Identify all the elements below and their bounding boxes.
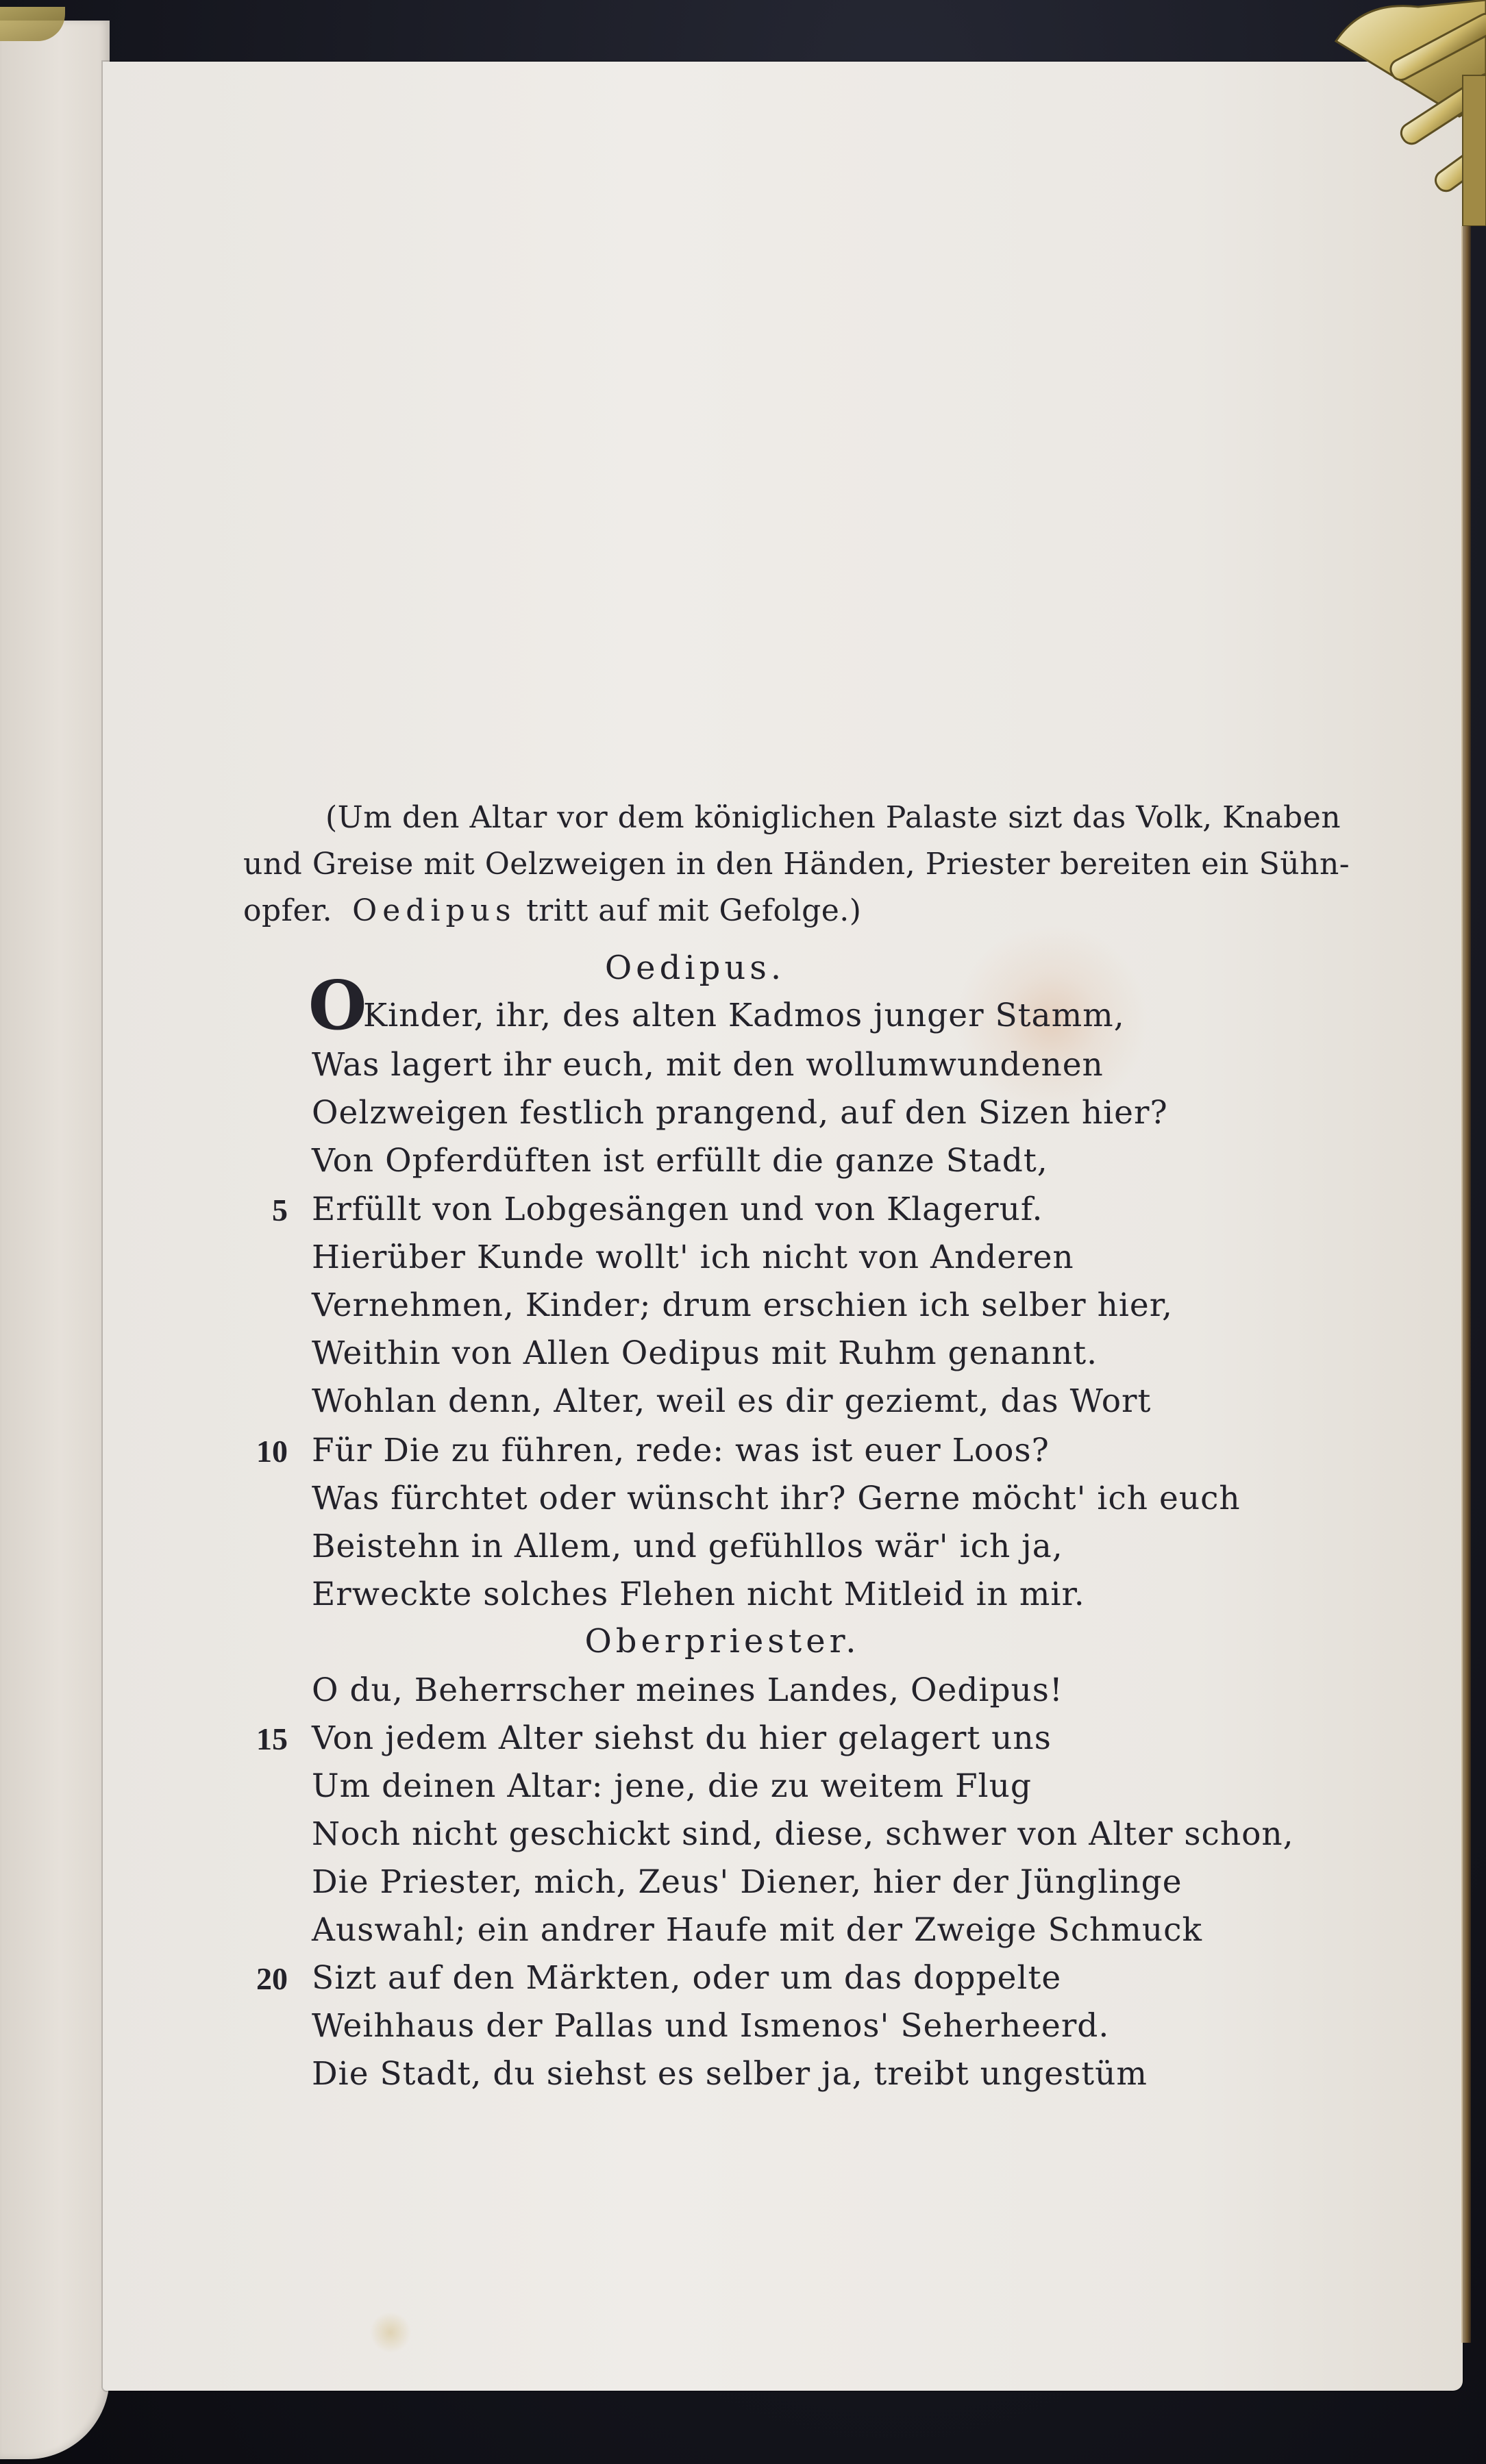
verse-text: Kinder, ihr, des alten Kadmos junger Sta… bbox=[363, 997, 1125, 1034]
verse-line: Weihhaus der Pallas und Ismenos' Seherhe… bbox=[312, 2007, 1109, 2045]
verse-line: Die Stadt, du siehst es selber ja, treib… bbox=[312, 2055, 1148, 2093]
stage-line-1: (Um den Altar vor dem königlichen Palast… bbox=[243, 795, 1312, 841]
verse-line: Auswahl; ein andrer Haufe mit der Zweige… bbox=[312, 1911, 1202, 1949]
stage-line-3: opfer. Oedipus tritt auf mit Gefolge.) bbox=[243, 888, 1312, 934]
verse-line: Noch nicht geschickt sind, diese, schwer… bbox=[312, 1815, 1294, 1853]
verse-line: Weithin von Allen Oedipus mit Ruhm genan… bbox=[312, 1334, 1098, 1372]
verse-line: O Kinder, ihr, des alten Kadmos junger S… bbox=[312, 997, 1125, 1034]
verse-line: Oelzweigen festlich prangend, auf den Si… bbox=[312, 1094, 1168, 1132]
verse-line: Die Priester, mich, Zeus' Diener, hier d… bbox=[312, 1863, 1182, 1901]
speaker-oedipus: Oedipus. bbox=[0, 949, 1438, 987]
verse-line: Wohlan denn, Alter, weil es dir geziemt,… bbox=[312, 1382, 1151, 1420]
photo-scene: (Um den Altar vor dem königlichen Palast… bbox=[0, 0, 1486, 2464]
line-number: 15 bbox=[226, 1721, 288, 1757]
page-text: (Um den Altar vor dem königlichen Palast… bbox=[0, 0, 1486, 2464]
verse-line: O du, Beherrscher meines Landes, Oedipus… bbox=[312, 1671, 1063, 1709]
verse-line: Was lagert ihr euch, mit den wollumwunde… bbox=[312, 1046, 1104, 1084]
verse-line: Vernehmen, Kinder; drum erschien ich sel… bbox=[312, 1286, 1173, 1324]
verse-line: Um deinen Altar: jene, die zu weitem Flu… bbox=[312, 1767, 1032, 1805]
drop-cap: O bbox=[308, 973, 367, 1040]
verse-line: Beistehn in Allem, und gefühllos wär' ic… bbox=[312, 1528, 1063, 1565]
verse-line: Was fürchtet oder wünscht ihr? Gerne möc… bbox=[312, 1480, 1241, 1517]
stage-line-2: und Greise mit Oelzweigen in den Händen,… bbox=[243, 841, 1312, 888]
verse-line: Von jedem Alter siehst du hier gelagert … bbox=[312, 1719, 1052, 1757]
verse-line: Für Die zu führen, rede: was ist euer Lo… bbox=[312, 1432, 1050, 1469]
verse-line: Erfüllt von Lobgesängen und von Klageruf… bbox=[312, 1191, 1043, 1228]
verse-line: Von Opferdüften ist erfüllt die ganze St… bbox=[312, 1142, 1048, 1180]
speaker-oberpriester: Oberpriester. bbox=[0, 1622, 1465, 1660]
stage-line-3-start: opfer. bbox=[243, 893, 332, 928]
stage-line-3-rest: tritt auf mit Gefolge.) bbox=[526, 893, 861, 928]
verse-line: Erweckte solches Flehen nicht Mitleid in… bbox=[312, 1576, 1085, 1613]
verse-line: Sizt auf den Märkten, oder um das doppel… bbox=[312, 1959, 1061, 1997]
stage-direction: (Um den Altar vor dem königlichen Palast… bbox=[243, 795, 1312, 934]
line-number: 10 bbox=[226, 1433, 288, 1469]
verse-line: Hierüber Kunde wollt' ich nicht von Ande… bbox=[312, 1239, 1074, 1276]
line-number: 5 bbox=[226, 1192, 288, 1228]
stage-character-name: Oedipus bbox=[352, 893, 516, 928]
line-number: 20 bbox=[226, 1961, 288, 1997]
